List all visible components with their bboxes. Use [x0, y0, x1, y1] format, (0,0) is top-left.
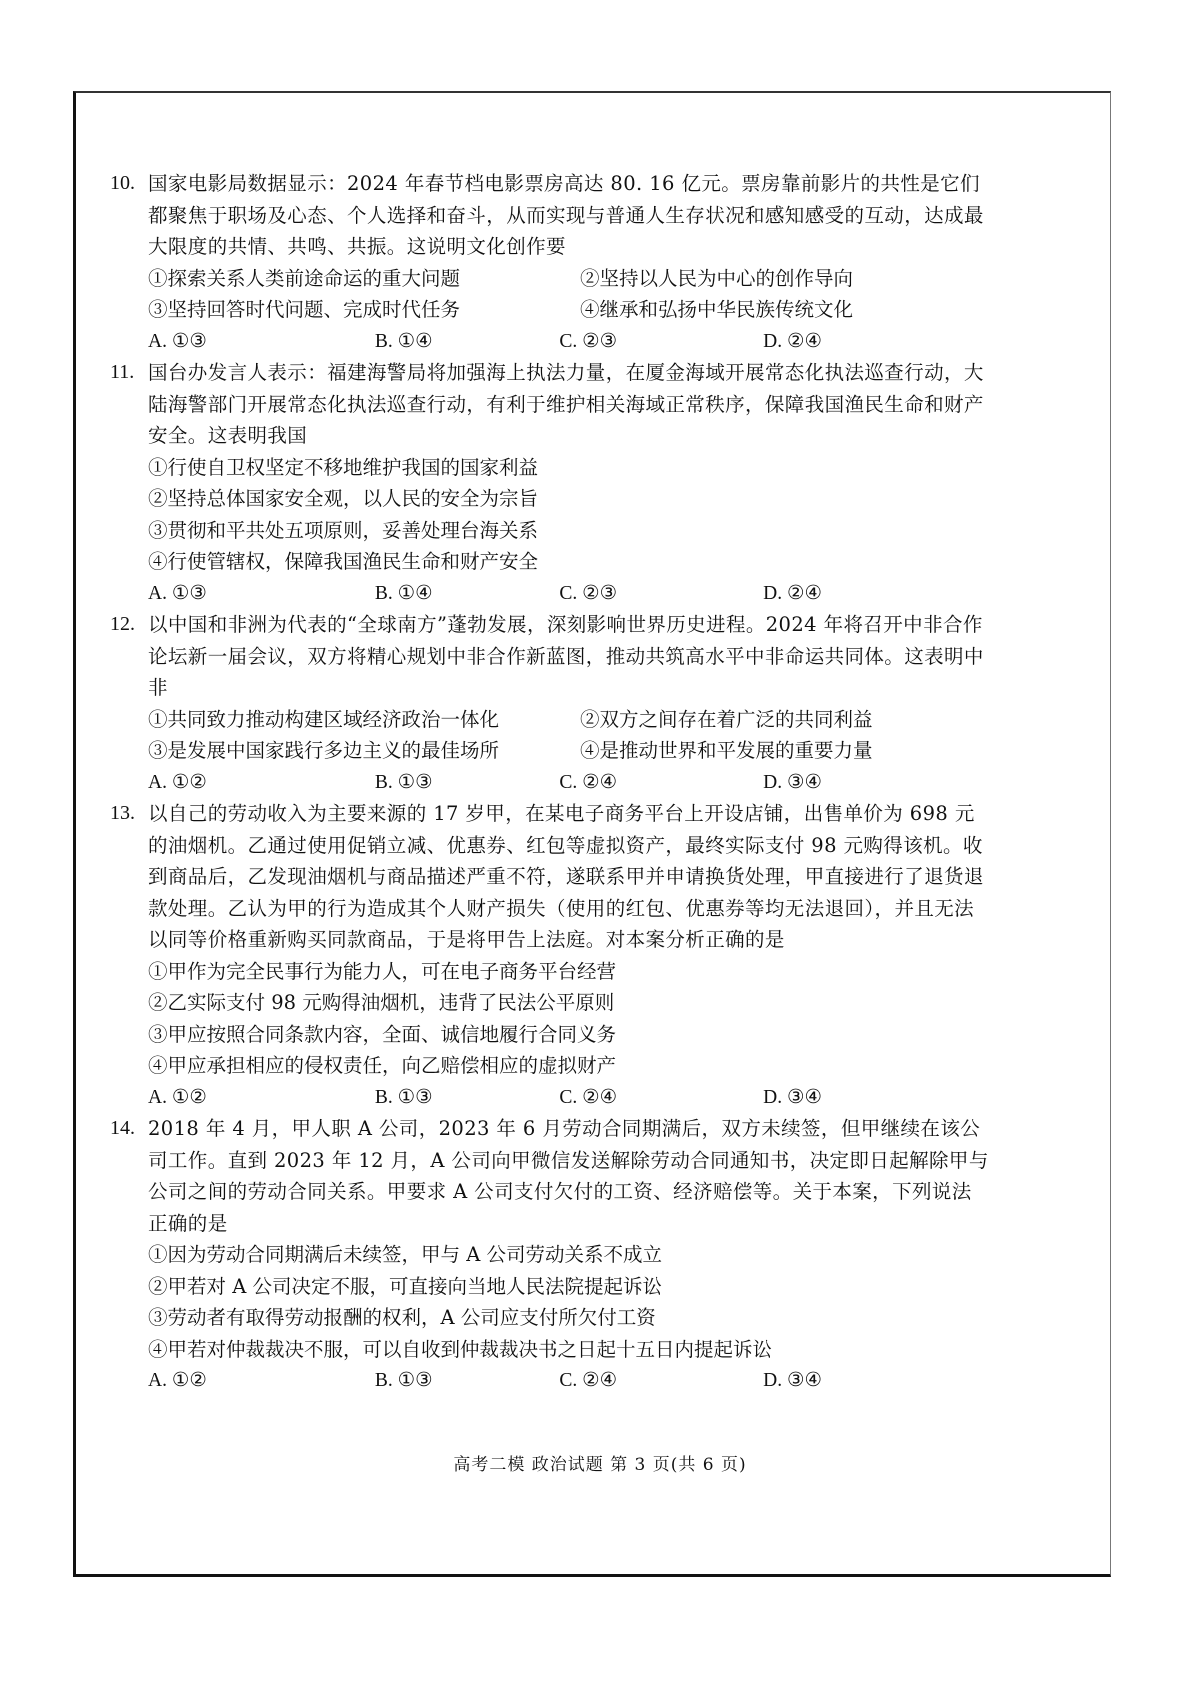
- option-1: ①行使自卫权坚定不移地维护我国的国家利益: [148, 452, 990, 484]
- question-stem: 国家电影局数据显示：2024 年春节档电影票房高达 80. 16 亿元。票房靠前…: [148, 168, 990, 263]
- question-13: 13. 以自己的劳动收入为主要来源的 17 岁甲，在某电子商务平台上开设店铺，出…: [110, 798, 990, 1113]
- question-14: 14. 2018 年 4 月，甲人职 A 公司，2023 年 6 月劳动合同期满…: [110, 1113, 990, 1397]
- choice-a: A. ①③: [148, 578, 375, 610]
- option-3: ③贯彻和平共处五项原则，妥善处理台海关系: [148, 515, 990, 547]
- option-2: ②甲若对 A 公司决定不服，可直接向当地人民法院提起诉讼: [148, 1271, 990, 1303]
- choice-c: C. ②④: [559, 1365, 763, 1397]
- choice-a: A. ①②: [148, 1082, 375, 1114]
- page-footer: 高考二模 政治试题 第 3 页(共 6 页): [0, 1450, 1200, 1475]
- option-4: ④是推动世界和平发展的重要力量: [580, 735, 873, 767]
- choice-a: A. ①③: [148, 326, 375, 358]
- choice-b: B. ①③: [375, 767, 560, 799]
- choice-c: C. ②④: [559, 1082, 763, 1114]
- question-number: 11.: [110, 357, 148, 452]
- option-3: ③劳动者有取得劳动报酬的权利，A 公司应支付所欠付工资: [148, 1302, 990, 1334]
- option-3: ③坚持回答时代问题、完成时代任务: [148, 294, 580, 326]
- option-1: ①因为劳动合同期满后未续签，甲与 A 公司劳动关系不成立: [148, 1239, 990, 1271]
- choice-c: C. ②④: [559, 767, 763, 799]
- choice-b: B. ①③: [375, 1365, 560, 1397]
- choice-d: D. ②④: [763, 326, 990, 358]
- option-1: ①共同致力推动构建区域经济政治一体化: [148, 704, 580, 736]
- choice-b: B. ①④: [375, 326, 560, 358]
- question-stem: 2018 年 4 月，甲人职 A 公司，2023 年 6 月劳动合同期满后，双方…: [148, 1113, 990, 1239]
- choice-a: A. ①②: [148, 1365, 375, 1397]
- choice-a: A. ①②: [148, 767, 375, 799]
- question-10: 10. 国家电影局数据显示：2024 年春节档电影票房高达 80. 16 亿元。…: [110, 168, 990, 357]
- question-12: 12. 以中国和非洲为代表的“全球南方”蓬勃发展，深刻影响世界历史进程。2024…: [110, 609, 990, 798]
- option-3: ③甲应按照合同条款内容，全面、诚信地履行合同义务: [148, 1019, 990, 1051]
- choice-d: D. ②④: [763, 578, 990, 610]
- choice-c: C. ②③: [559, 326, 763, 358]
- question-11: 11. 国台办发言人表示：福建海警局将加强海上执法力量，在厦金海域开展常态化执法…: [110, 357, 990, 609]
- question-number: 12.: [110, 609, 148, 704]
- choice-b: B. ①④: [375, 578, 560, 610]
- question-number: 14.: [110, 1113, 148, 1239]
- option-4: ④行使管辖权，保障我国渔民生命和财产安全: [148, 546, 990, 578]
- option-3: ③是发展中国家践行多边主义的最佳场所: [148, 735, 580, 767]
- option-4: ④甲应承担相应的侵权责任，向乙赔偿相应的虚拟财产: [148, 1050, 990, 1082]
- choice-d: D. ③④: [763, 1365, 990, 1397]
- choice-c: C. ②③: [559, 578, 763, 610]
- question-list: 10. 国家电影局数据显示：2024 年春节档电影票房高达 80. 16 亿元。…: [110, 168, 990, 1397]
- choice-d: D. ③④: [763, 767, 990, 799]
- question-number: 13.: [110, 798, 148, 956]
- option-4: ④继承和弘扬中华民族传统文化: [580, 294, 853, 326]
- option-2: ②坚持总体国家安全观，以人民的安全为宗旨: [148, 483, 990, 515]
- option-4: ④甲若对仲裁裁决不服，可以自收到仲裁裁决书之日起十五日内提起诉讼: [148, 1334, 990, 1366]
- question-stem: 以中国和非洲为代表的“全球南方”蓬勃发展，深刻影响世界历史进程。2024 年将召…: [148, 609, 990, 704]
- option-1: ①甲作为完全民事行为能力人，可在电子商务平台经营: [148, 956, 990, 988]
- question-number: 10.: [110, 168, 148, 263]
- option-1: ①探索关系人类前途命运的重大问题: [148, 263, 580, 295]
- question-stem: 以自己的劳动收入为主要来源的 17 岁甲，在某电子商务平台上开设店铺，出售单价为…: [148, 798, 990, 956]
- option-2: ②乙实际支付 98 元购得油烟机，违背了民法公平原则: [148, 987, 990, 1019]
- question-stem: 国台办发言人表示：福建海警局将加强海上执法力量，在厦金海域开展常态化执法巡查行动…: [148, 357, 990, 452]
- choice-b: B. ①③: [375, 1082, 560, 1114]
- option-2: ②坚持以人民为中心的创作导向: [580, 263, 853, 295]
- option-2: ②双方之间存在着广泛的共同利益: [580, 704, 873, 736]
- choice-d: D. ③④: [763, 1082, 990, 1114]
